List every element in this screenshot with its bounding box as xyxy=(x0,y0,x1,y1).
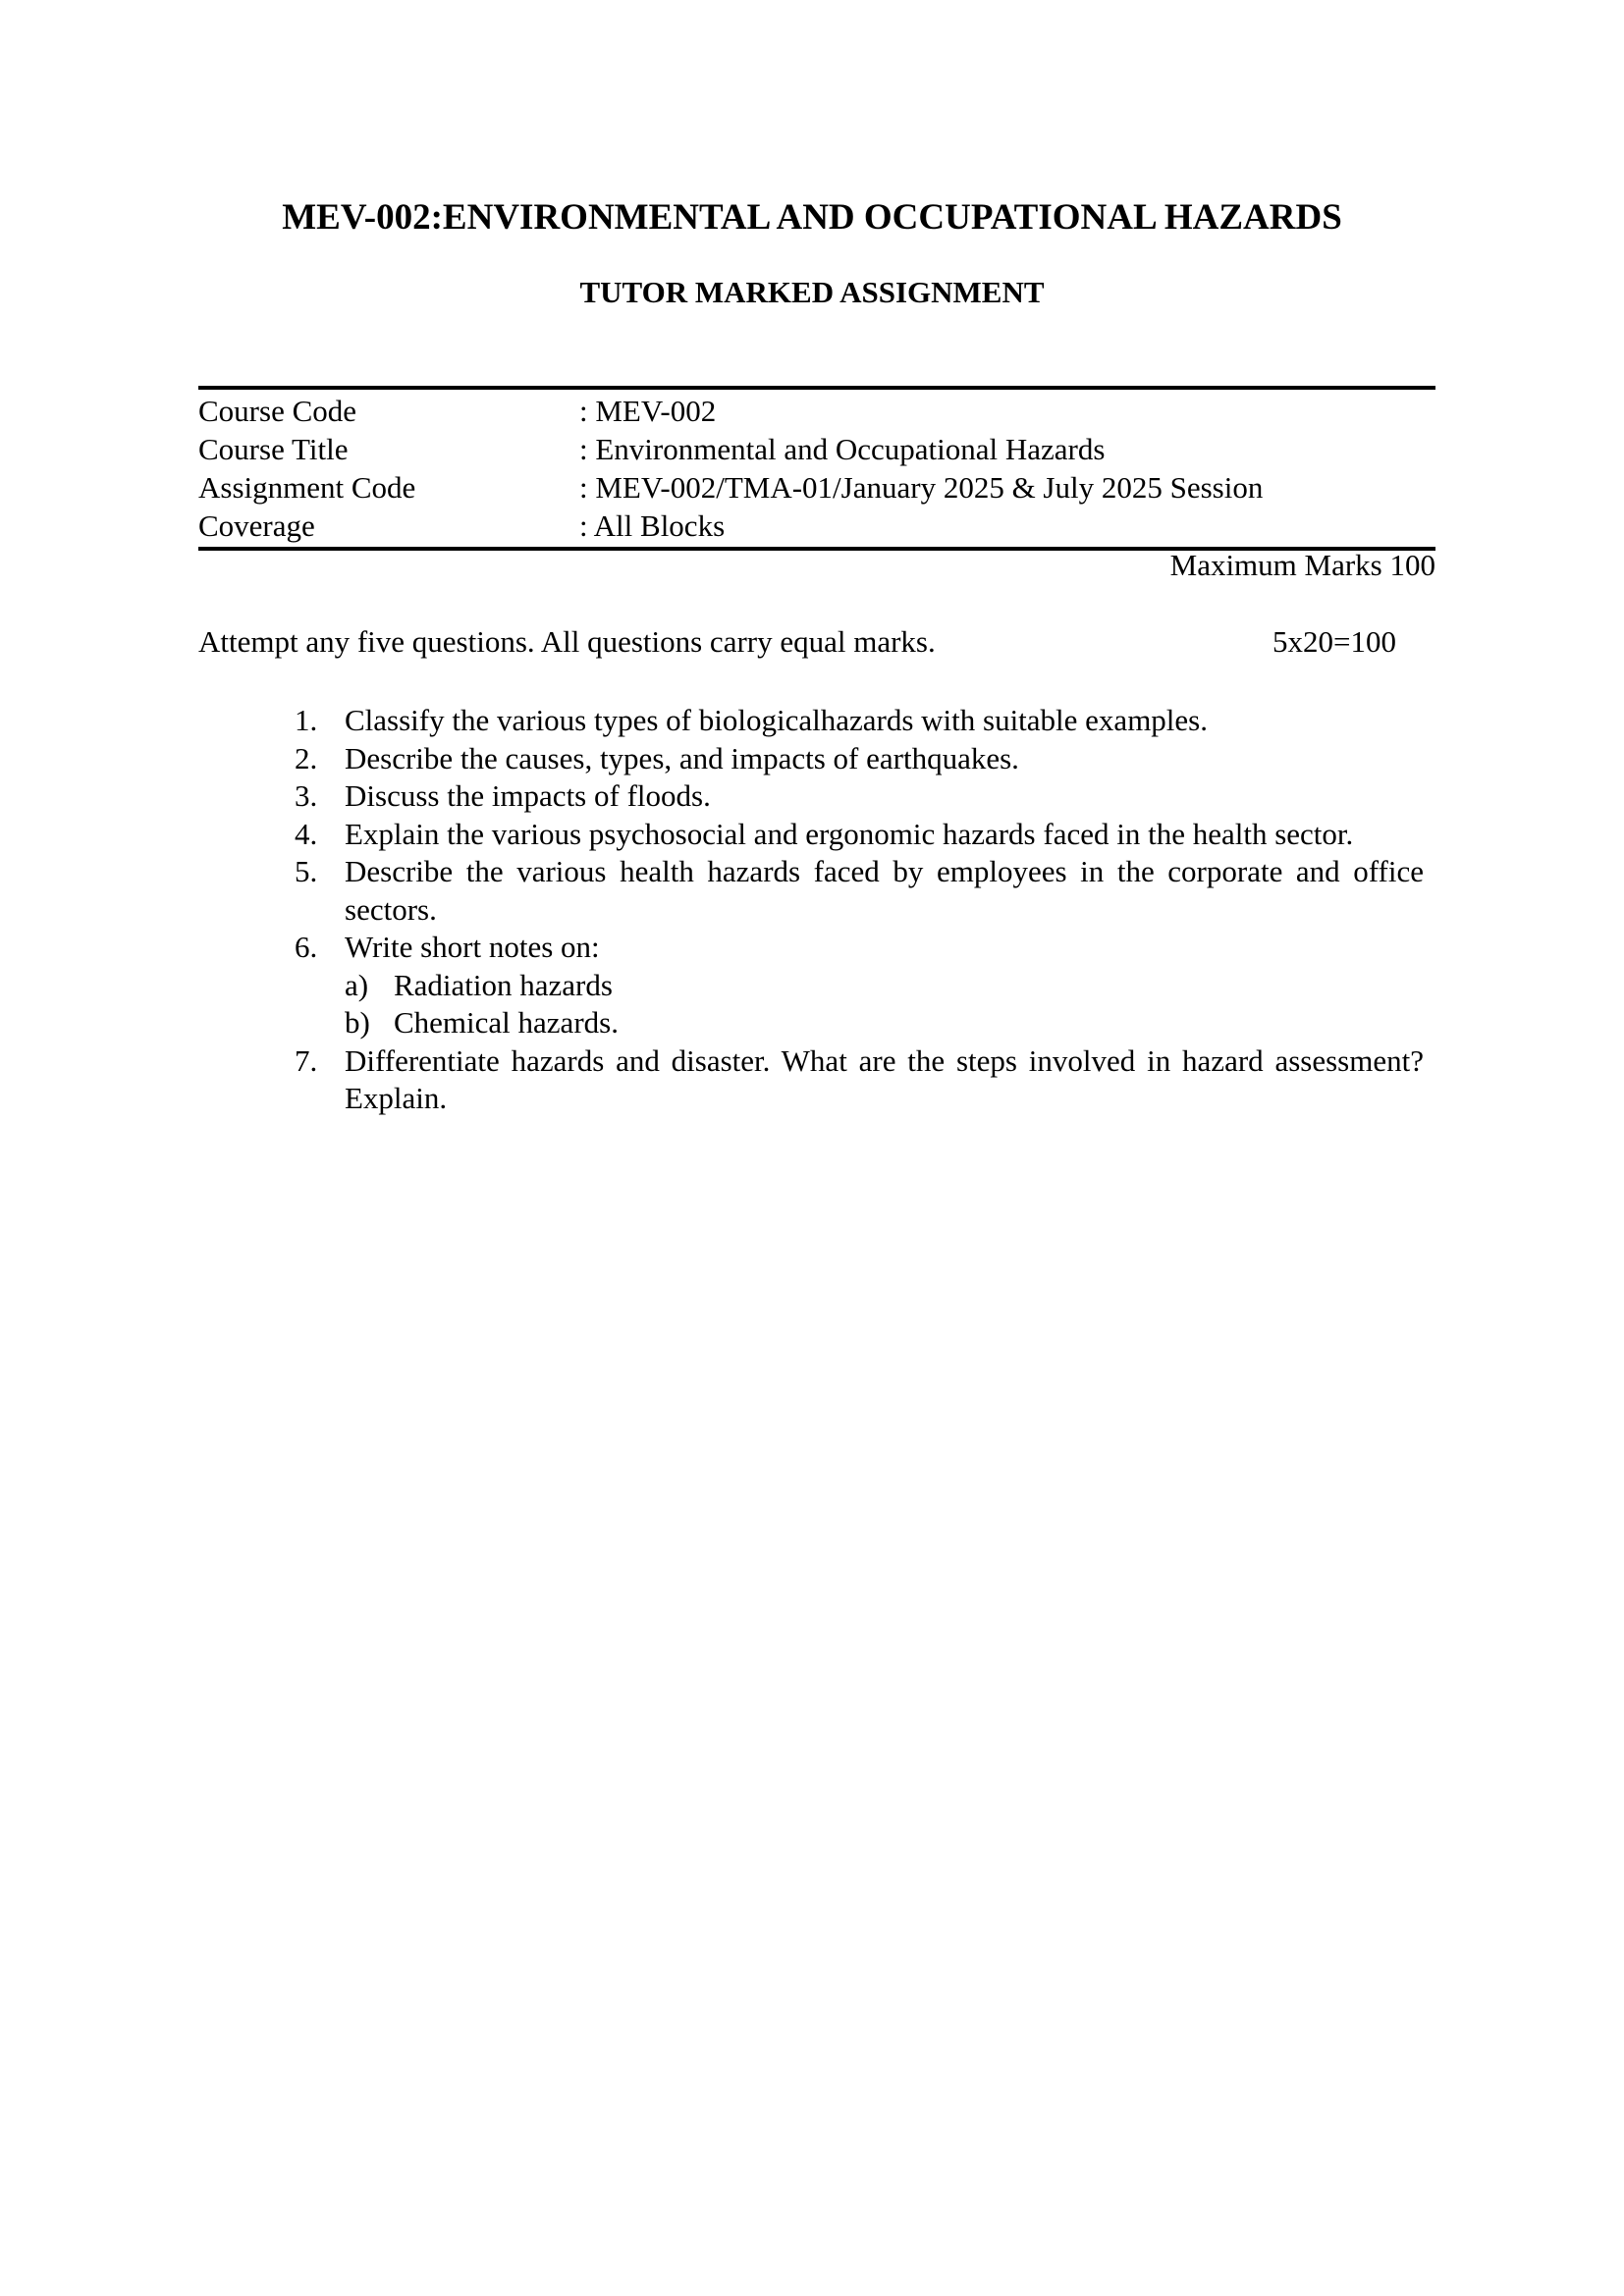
question-item: 2. Describe the causes, types, and impac… xyxy=(285,740,1424,778)
question-number: 5. xyxy=(285,853,345,929)
question-number: 1. xyxy=(285,702,345,740)
sub-question-text: Radiation hazards xyxy=(394,967,1424,1005)
question-item: 3. Discuss the impacts of floods. xyxy=(285,777,1424,816)
question-number: 4. xyxy=(285,816,345,854)
info-value: : MEV-002/TMA-01/January 2025 & July 202… xyxy=(579,468,1435,507)
info-label: Course Code xyxy=(198,392,579,430)
info-row-coverage: Coverage : All Blocks xyxy=(198,507,1435,545)
question-number: 2. xyxy=(285,740,345,778)
info-row-assignment-code: Assignment Code : MEV-002/TMA-01/January… xyxy=(198,468,1435,507)
question-item: 4. Explain the various psychosocial and … xyxy=(285,816,1424,854)
question-text: Differentiate hazards and disaster. What… xyxy=(345,1042,1424,1118)
question-text: Write short notes on: xyxy=(345,929,1424,967)
sub-question-item: a) Radiation hazards xyxy=(285,967,1424,1005)
question-text: Describe the various health hazards face… xyxy=(345,853,1424,929)
question-number: 7. xyxy=(285,1042,345,1118)
instruction-line: Attempt any five questions. All question… xyxy=(198,624,1396,660)
question-item: 6. Write short notes on: xyxy=(285,929,1424,967)
info-row-course-title: Course Title : Environmental and Occupat… xyxy=(198,430,1435,468)
question-text: Describe the causes, types, and impacts … xyxy=(345,740,1424,778)
question-number: 3. xyxy=(285,777,345,816)
question-item: 7. Differentiate hazards and disaster. W… xyxy=(285,1042,1424,1118)
sub-question-item: b) Chemical hazards. xyxy=(285,1004,1424,1042)
sub-question-label: a) xyxy=(345,967,394,1005)
question-item: 1. Classify the various types of biologi… xyxy=(285,702,1424,740)
question-number: 6. xyxy=(285,929,345,967)
info-label: Assignment Code xyxy=(198,468,579,507)
course-info-table: Course Code : MEV-002 Course Title : Env… xyxy=(198,386,1435,551)
question-list: 1. Classify the various types of biologi… xyxy=(285,702,1424,1118)
question-text: Explain the various psychosocial and erg… xyxy=(345,816,1424,854)
question-text: Discuss the impacts of floods. xyxy=(345,777,1424,816)
info-value: : Environmental and Occupational Hazards xyxy=(579,430,1435,468)
document-title: MEV-002:ENVIRONMENTAL AND OCCUPATIONAL H… xyxy=(0,196,1624,239)
document-subtitle: TUTOR MARKED ASSIGNMENT xyxy=(0,275,1624,310)
info-label: Course Title xyxy=(198,430,579,468)
info-row-course-code: Course Code : MEV-002 xyxy=(198,392,1435,430)
maximum-marks: Maximum Marks 100 xyxy=(1170,548,1435,583)
sub-question-label: b) xyxy=(345,1004,394,1042)
info-value: : MEV-002 xyxy=(579,392,1435,430)
info-label: Coverage xyxy=(198,507,579,545)
marks-formula: 5x20=100 xyxy=(1272,624,1396,660)
sub-question-text: Chemical hazards. xyxy=(394,1004,1424,1042)
info-value: : All Blocks xyxy=(579,507,1435,545)
instruction-text: Attempt any five questions. All question… xyxy=(198,624,936,660)
question-text: Classify the various types of biological… xyxy=(345,702,1424,740)
question-item: 5. Describe the various health hazards f… xyxy=(285,853,1424,929)
